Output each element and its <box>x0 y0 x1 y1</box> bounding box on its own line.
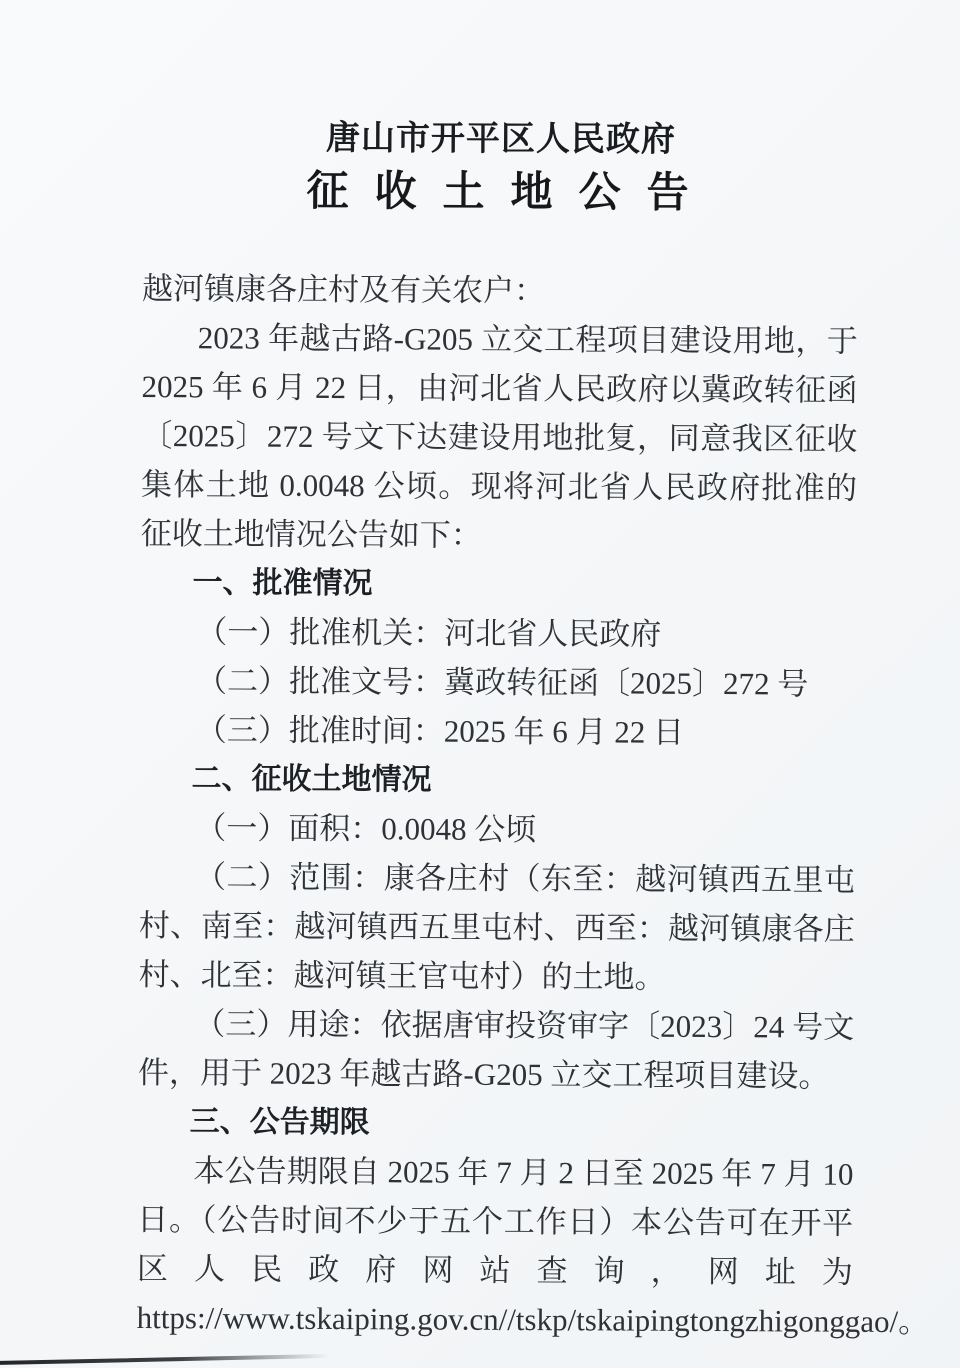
section-2-heading: 二、征收土地情况 <box>139 754 855 807</box>
section-3-heading: 三、公告期限 <box>138 1097 854 1150</box>
section-2-item-scope: （二）范围：康各庄村（东至：越河镇西五里屯村、南至：越河镇西五里屯村、西至：越河… <box>138 852 855 1003</box>
section-2-item-purpose: （三）用途：依据唐审投资审字〔2023〕24 号文件，用于 2023 年越古路-… <box>138 999 855 1101</box>
salutation-line: 越河镇康各庄村及有关农户： <box>142 264 858 317</box>
document-title-authority: 唐山市开平区人民政府 <box>143 116 859 164</box>
intro-paragraph: 2023 年越古路-G205 立交工程项目建设用地，于 2025 年 6 月 2… <box>141 313 858 562</box>
land-expropriation-notice: 唐山市开平区人民政府 征收土地公告 越河镇康各庄村及有关农户： 2023 年越古… <box>137 116 859 1346</box>
section-1-item-approval-number: （二）批准文号：冀政转征函〔2025〕272 号 <box>140 656 856 709</box>
document-title-notice: 征收土地公告 <box>142 164 858 222</box>
section-3-item-period: 本公告期限自 2025 年 7 月 2 日至 2025 年 7 月 10 日。（… <box>137 1146 854 1346</box>
section-1-item-approval-date: （三）批准时间：2025 年 6 月 22 日 <box>140 705 856 758</box>
scanned-notice-page: 唐山市开平区人民政府 征收土地公告 越河镇康各庄村及有关农户： 2023 年越古… <box>0 0 960 1368</box>
scan-edge-artifact <box>0 1354 329 1365</box>
section-1-heading: 一、批准情况 <box>140 558 856 611</box>
section-2-item-area: （一）面积：0.0048 公顷 <box>139 803 855 856</box>
section-1-item-approving-authority: （一）批准机关：河北省人民政府 <box>140 607 856 660</box>
